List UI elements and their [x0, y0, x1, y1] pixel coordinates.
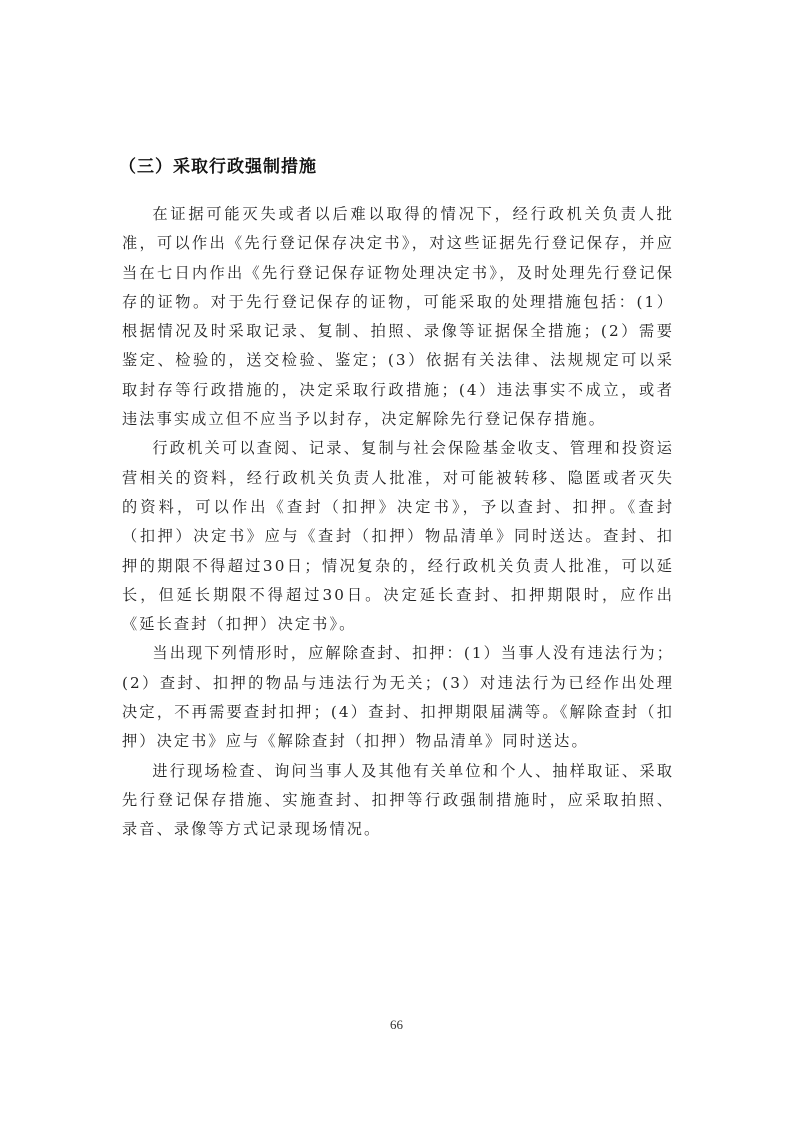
paragraph-evidence-preservation: 在证据可能灭失或者以后难以取得的情况下，经行政机关负责人批准，可以作出《先行登记…: [122, 200, 674, 434]
paragraph-release-seizure: 当出现下列情形时，应解除查封、扣押：(1）当事人没有违法行为；(2）查封、扣押的…: [122, 639, 674, 756]
paragraph-seizure: 行政机关可以查阅、记录、复制与社会保险基金收支、管理和投资运营相关的资料，经行政…: [122, 434, 674, 639]
document-page: （三）采取行政强制措施 在证据可能灭失或者以后难以取得的情况下，经行政机关负责人…: [0, 0, 793, 1122]
paragraph-onsite-recording: 进行现场检查、询问当事人及其他有关单位和个人、抽样取证、采取先行登记保存措施、实…: [122, 757, 674, 845]
section-heading: （三）采取行政强制措施: [119, 152, 317, 177]
section-body: 在证据可能灭失或者以后难以取得的情况下，经行政机关负责人批准，可以作出《先行登记…: [122, 200, 674, 845]
page-number: 66: [0, 1017, 793, 1033]
